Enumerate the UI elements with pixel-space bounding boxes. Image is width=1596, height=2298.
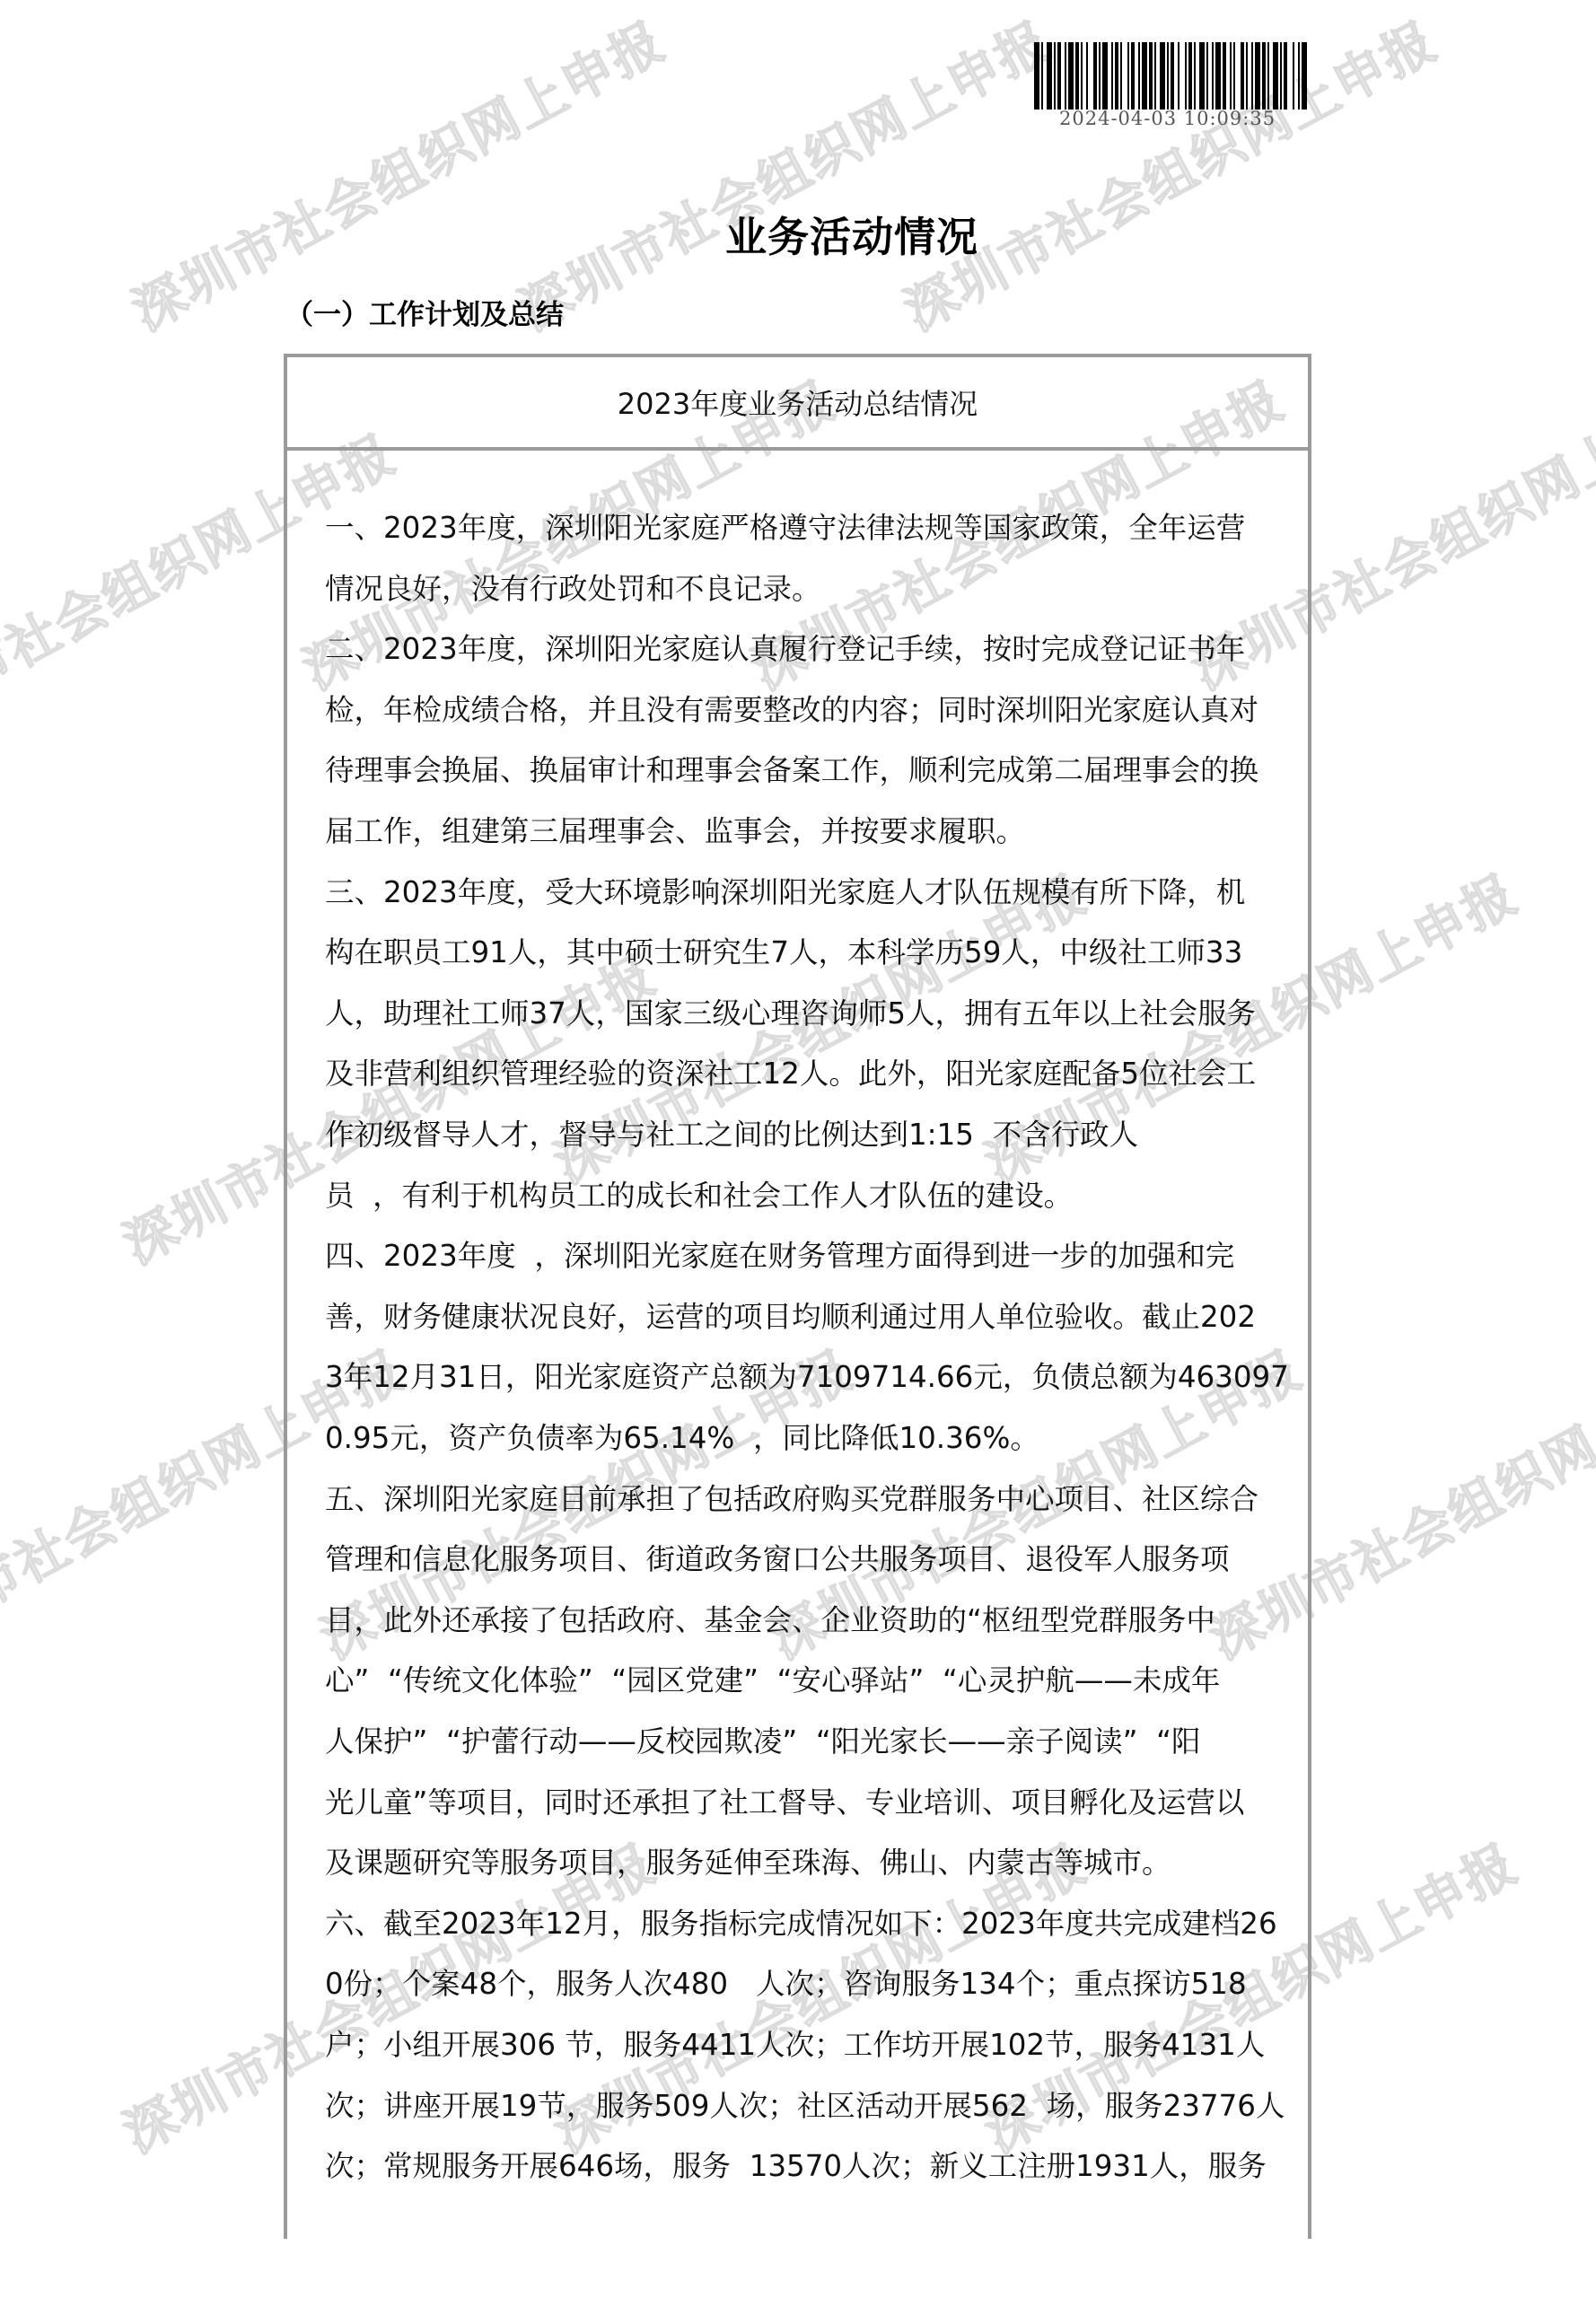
body-text-line: 人保护” “护蕾行动——反校园欺凌” “阳光家长——亲子阅读” “阳 — [325, 1723, 1201, 1759]
body-text-line: 目，此外还承接了包括政府、基金会、企业资助的“枢纽型党群服务中 — [325, 1602, 1215, 1638]
body-text-line: 二、2023年度，深圳阳光家庭认真履行登记手续，按时完成登记证书年 — [325, 631, 1245, 667]
body-text-line: 待理事会换届、换届审计和理事会备案工作，顺利完成第二届理事会的换 — [325, 752, 1258, 788]
body-text-line: 及非营利组织管理经验的资深社工12人。此外，阳光家庭配备5位社会工 — [325, 1056, 1256, 1092]
body-text-line: 3年12月31日，阳光家庭资产总额为7109714.66元，负债总额为46309… — [325, 1359, 1289, 1395]
body-text-line: 作初级督导人才，督导与社工之间的比例达到1:15 不含行政人 — [325, 1117, 1138, 1153]
body-text-line: 次；常规服务开展646场，服务 13570人次；新义工注册1931人，服务 — [325, 2148, 1267, 2184]
section-heading: （一）工作计划及总结 — [285, 292, 564, 332]
body-text-line: 三、2023年度，受大环境影响深圳阳光家庭人才队伍规模有所下降，机 — [325, 874, 1245, 910]
table-header-cell: 2023年度业务活动总结情况 — [287, 357, 1308, 451]
body-text-line: 六、截至2023年12月，服务指标完成情况如下：2023年度共完成建档26 — [325, 1906, 1277, 1942]
body-text-line: 情况良好，没有行政处罚和不良记录。 — [325, 571, 821, 607]
body-text-line: 员 ，有利于机构员工的成长和社会工作人才队伍的建设。 — [325, 1178, 1073, 1214]
body-text-line: 0份；个案48个，服务人次480 人次；咨询服务134个；重点探访518 — [325, 1966, 1247, 2002]
barcode — [1034, 42, 1308, 110]
body-text-line: 及课题研究等服务项目，服务延伸至珠海、佛山、内蒙古等城市。 — [325, 1845, 1171, 1881]
body-text-line: 检，年检成绩合格，并且没有需要整改的内容；同时深圳阳光家庭认真对 — [325, 692, 1258, 728]
barcode-bar — [1302, 42, 1307, 110]
body-text-line: 0.95元，资产负债率为65.14% ，同比降低10.36%。 — [325, 1420, 1039, 1456]
body-text-line: 光儿童”等项目，同时还承担了社工督导、专业培训、项目孵化及运营以 — [325, 1785, 1244, 1820]
timestamp: 2024-04-03 10:09:35 — [1059, 108, 1276, 129]
body-text-line: 届工作，组建第三届理事会、监事会，并按要求履职。 — [325, 813, 1025, 849]
body-text-line: 四、2023年度 ，深圳阳光家庭在财务管理方面得到进一步的加强和完 — [325, 1238, 1234, 1274]
body-text-line: 心” “传统文化体验” “园区党建” “安心驿站” “心灵护航——未成年 — [325, 1662, 1220, 1698]
watermark: 深圳市社会组织网上申报 — [504, 0, 1062, 345]
body-text-line: 管理和信息化服务项目、街道政务窗口公共服务项目、退役军人服务项 — [325, 1541, 1230, 1577]
body-text-line: 五、深圳阳光家庭目前承担了包括政府购买党群服务中心项目、社区综合 — [325, 1481, 1258, 1517]
page-title: 业务活动情况 — [0, 205, 1596, 264]
body-text-line: 次；讲座开展19节，服务509人次；社区活动开展562 场，服务23776人 — [325, 2088, 1285, 2124]
body-text-line: 善，财务健康状况良好，运营的项目均顺利通过用人单位验收。截止202 — [325, 1299, 1256, 1335]
summary-table: 2023年度业务活动总结情况 一、2023年度，深圳阳光家庭严格遵守法律法规等国… — [284, 354, 1311, 2239]
body-text-line: 户；小组开展306 节，服务4411人次；工作坊开展102节，服务4131人 — [325, 2027, 1265, 2063]
body-text-line: 一、2023年度，深圳阳光家庭严格遵守法律法规等国家政策，全年运营 — [325, 510, 1245, 546]
body-text-line: 构在职员工91人，其中硕士研究生7人，本科学历59人，中级社工师33 — [325, 934, 1242, 970]
body-text-line: 人，助理社工师37人，国家三级心理咨询师5人，拥有五年以上社会服务 — [325, 996, 1256, 1031]
